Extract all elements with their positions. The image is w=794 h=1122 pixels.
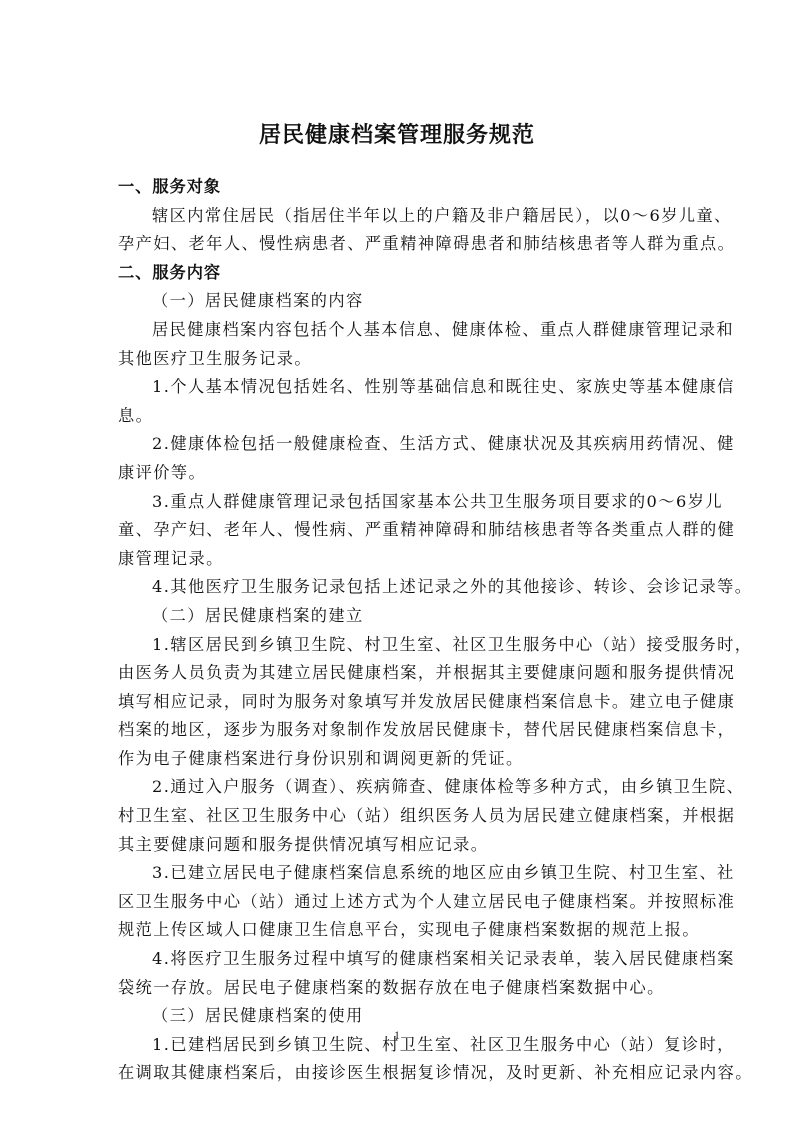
document-page: 居民健康档案管理服务规范 一、服务对象 辖区内常住居民（指居住半年以上的户籍及非… [0, 0, 794, 1122]
paragraph-line: 居民健康档案内容包括个人基本信息、健康体检、重点人群健康管理记录和 [118, 316, 680, 345]
section-heading-service-content: 二、服务内容 [118, 259, 680, 288]
paragraph-line: 档案的地区，逐步为服务对象制作发放居民健康卡，替代居民健康档案信息卡， [118, 716, 680, 745]
subsection-heading-archive-establishment: （二）居民健康档案的建立 [118, 602, 680, 631]
paragraph-line: 村卫生室、社区卫生服务中心（站）组织医务人员为居民建立健康档案，并根据 [118, 802, 680, 831]
paragraph-line: 辖区内常住居民（指居住半年以上的户籍及非户籍居民），以0～6岁儿童、 [118, 202, 680, 231]
paragraph-line: 3.重点人群健康管理记录包括国家基本公共卫生服务项目要求的0～6岁儿 [118, 488, 680, 517]
paragraph-line: 其他医疗卫生服务记录。 [118, 345, 680, 374]
document-body: 一、服务对象 辖区内常住居民（指居住半年以上的户籍及非户籍居民），以0～6岁儿童… [118, 173, 680, 1088]
paragraph-line: 规范上传区域人口健康卫生信息平台，实现电子健康档案数据的规范上报。 [118, 916, 680, 945]
paragraph-line: 孕产妇、老年人、慢性病患者、严重精神障碍患者和肺结核患者等人群为重点。 [118, 230, 680, 259]
paragraph-line: 康评价等。 [118, 459, 680, 488]
paragraph-line: 3.已建立居民电子健康档案信息系统的地区应由乡镇卫生院、村卫生室、社 [118, 859, 680, 888]
subsection-heading-archive-usage: （三）居民健康档案的使用 [118, 1002, 680, 1031]
paragraph-line: 作为电子健康档案进行身份识别和调阅更新的凭证。 [118, 745, 680, 774]
paragraph-line: 童、孕产妇、老年人、慢性病、严重精神障碍和肺结核患者等各类重点人群的健 [118, 516, 680, 545]
paragraph-line: 2.健康体检包括一般健康检查、生活方式、健康状况及其疾病用药情况、健 [118, 430, 680, 459]
paragraph-line: 袋统一存放。居民电子健康档案的数据存放在电子健康档案数据中心。 [118, 974, 680, 1003]
paragraph-line: 1.辖区居民到乡镇卫生院、村卫生室、社区卫生服务中心（站）接受服务时， [118, 631, 680, 660]
paragraph-line: 4.其他医疗卫生服务记录包括上述记录之外的其他接诊、转诊、会诊记录等。 [118, 573, 680, 602]
section-heading-service-target: 一、服务对象 [118, 173, 680, 202]
document-title: 居民健康档案管理服务规范 [0, 118, 794, 149]
paragraph-line: 1.个人基本情况包括姓名、性别等基础信息和既往史、家族史等基本健康信 [118, 373, 680, 402]
paragraph-line: 康管理记录。 [118, 545, 680, 574]
paragraph-line: 息。 [118, 402, 680, 431]
paragraph-line: 在调取其健康档案后，由接诊医生根据复诊情况，及时更新、补充相应记录内容。 [118, 1059, 680, 1088]
page-number: 1 [0, 1028, 794, 1043]
subsection-heading-archive-content: （一）居民健康档案的内容 [118, 287, 680, 316]
paragraph-line: 其主要健康问题和服务提供情况填写相应记录。 [118, 831, 680, 860]
paragraph-line: 2.通过入户服务（调查）、疾病筛查、健康体检等多种方式，由乡镇卫生院、 [118, 773, 680, 802]
paragraph-line: 4.将医疗卫生服务过程中填写的健康档案相关记录表单，装入居民健康档案 [118, 945, 680, 974]
paragraph-line: 区卫生服务中心（站）通过上述方式为个人建立居民电子健康档案。并按照标准 [118, 888, 680, 917]
paragraph-line: 由医务人员负责为其建立居民健康档案，并根据其主要健康问题和服务提供情况 [118, 659, 680, 688]
paragraph-line: 填写相应记录，同时为服务对象填写并发放居民健康档案信息卡。建立电子健康 [118, 688, 680, 717]
